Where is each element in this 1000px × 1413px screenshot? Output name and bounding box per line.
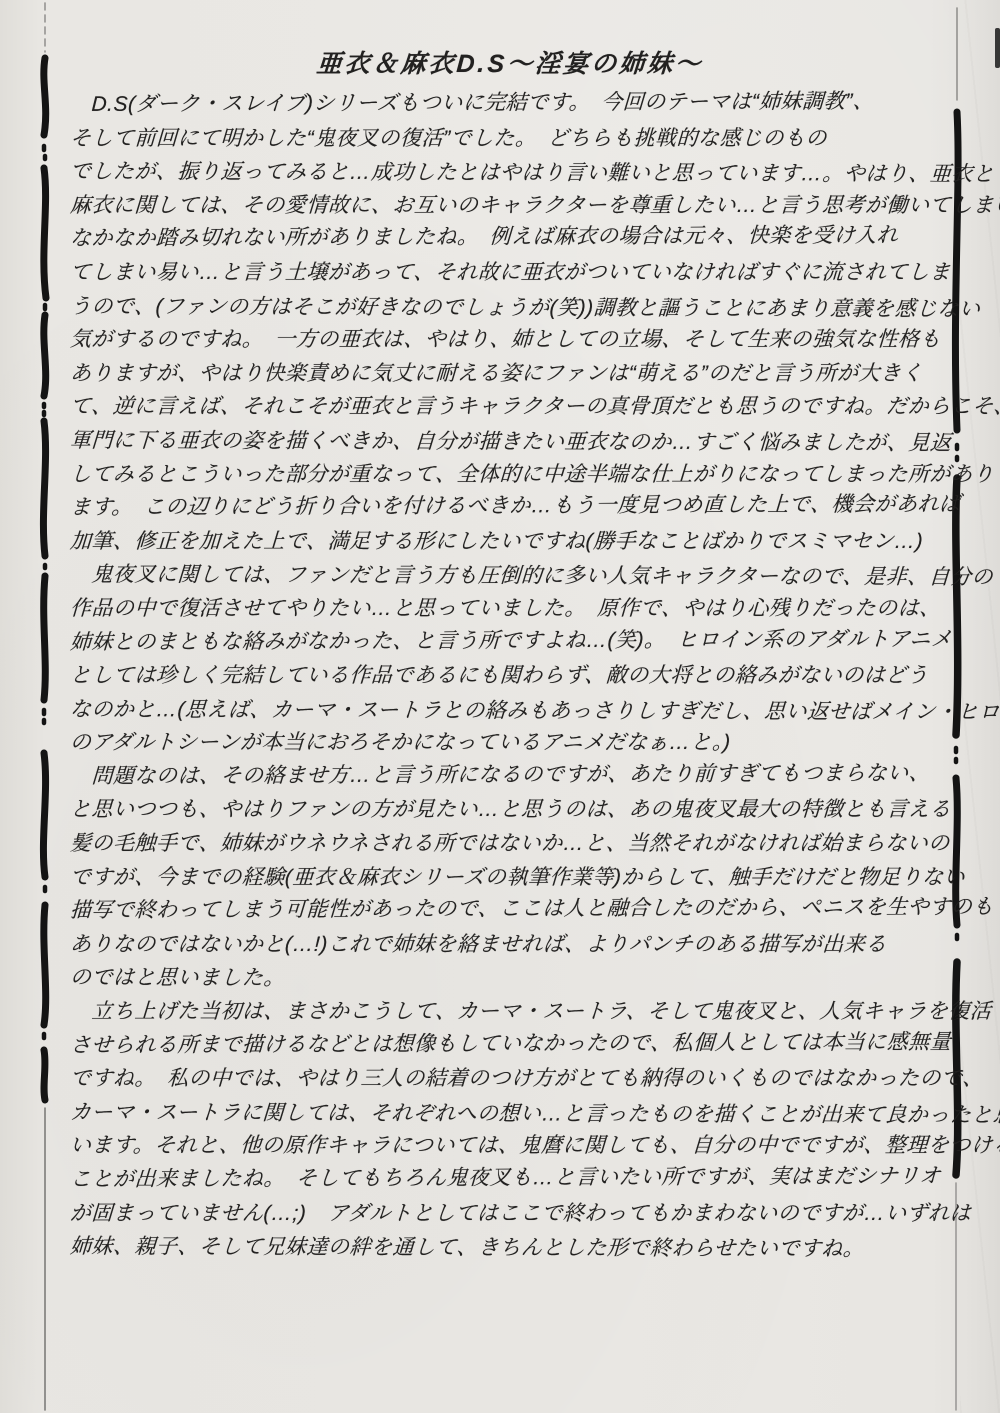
handwritten-line: てしまい易い…と言う土壌があって、それ故に亜衣がついていなければすぐに流されてし… [69,256,951,290]
handwritten-line: カーマ・スートラに関しては、それぞれへの想い…と言ったものを描くことが出来て良か… [69,1096,951,1132]
handwritten-line: 問題なのは、その絡ませ方…と言う所になるのですが、あたり前すぎてもつまらない、 [69,756,951,793]
handwritten-line: 気がするのですね。 一方の亜衣は、やはり、姉としての立場、そして生来の強気な性格… [69,323,951,357]
handwritten-line: 加筆、修正を加えた上で、満足する形にしたいですね(勝手なことばかりでスミマセン…… [69,525,951,559]
handwritten-line: と思いつつも、やはりファンの方が見たい…と思うのは、あの鬼夜叉最大の特徴とも言え… [69,793,951,827]
scanned-handwritten-page: 亜衣＆麻衣D.S〜淫宴の姉妹〜 D.S(ダーク・スレイブ)シリーズもついに完結で… [0,0,1000,1413]
handwritten-line: ですね。 私の中では、やはり三人の結着のつけ方がとても納得のいくものではなかった… [69,1062,950,1096]
page-title: 亜衣＆麻衣D.S〜淫宴の姉妹〜 [69,44,952,80]
handwritten-line: のアダルトシーンが本当におろそかになっているアニメだなぁ…と。) [69,726,951,760]
handwritten-line: ます。 この辺りにどう折り合いを付けるべきか…もう一度見つめ直した上で、機会があ… [69,488,951,525]
handwritten-line: でしたが、振り返ってみると…成功したとはやはり言い難いと思っています…。やはり、… [69,155,951,191]
handwritten-line: が固まっていません(…;) アダルトとしてはここで終わってもかまわないのですが…… [69,1197,951,1231]
handwritten-line: なかなか踏み切れない所がありましたね。 例えば麻衣の場合は元々、快楽を受け入れ [69,219,951,256]
handwritten-line: ことが出来ましたね。 そしてもちろん鬼夜叉も…と言いたい所ですが、実はまだシナリ… [69,1160,951,1197]
handwritten-line: ありますが、やはり快楽責めに気丈に耐える姿にファンは“萌える”のだと言う所が大き… [69,357,950,391]
handwritten-line: なのかと…(思えば、カーマ・スートラとの絡みもあっさりしすぎだし、思い返せばメイ… [69,693,951,729]
handwritten-line: させられる所まで描けるなどとは想像もしていなかったので、私個人としては本当に感無… [69,1025,951,1062]
handwritten-line: うので、(ファンの方はそこが好きなのでしょうが(笑))調教と謳うことにあまり意義… [69,290,951,326]
handwritten-line: D.S(ダーク・スレイブ)シリーズもついに完結です。 今回のテーマは“姉妹調教”… [69,85,951,122]
handwritten-line: そして前回にて明かした“鬼夜叉の復活”でした。 どちらも挑戦的な感じのもの [69,122,950,156]
handwritten-line: 姉妹、親子、そして兄妹達の絆を通して、きちんとした形で終わらせたいですね。 [69,1230,951,1266]
handwritten-line: としては珍しく完結している作品であるにも関わらず、敵の大将との絡みがないのはどう [69,659,951,693]
handwritten-line: 作品の中で復活させてやりたい…と思っていました。 原作で、やはり心残りだったのは… [69,592,950,626]
handwritten-line: 軍門に下る亜衣の姿を描くべきか、自分が描きたい亜衣なのか…すごく悩みましたが、見… [69,424,951,460]
handwritten-line: 鬼夜叉に関しては、ファンだと言う方も圧倒的に多い人気キャラクターなので、是非、自… [69,558,951,594]
handwritten-line: 麻衣に関しては、その愛情故に、お互いのキャラクターを尊重したい…と言う思考が働い… [69,189,951,223]
handwritten-line: のではと思いました。 [69,961,951,997]
handwritten-line: ですが、今までの経験(亜衣＆麻衣シリーズの執筆作業等)からして、触手だけだと物足… [69,861,951,895]
handwritten-line: 姉妹とのまともな絡みがなかった、と言う所ですよね…(笑)。 ヒロイン系のアダルト… [69,622,951,659]
handwritten-line: 髪の毛触手で、姉妹がウネウネされる所ではないか…と、当然それがなければ始まらない… [69,827,950,861]
handwritten-line: 描写で終わってしまう可能性があったので、ここは人と融合したのだから、ペニスを生や… [69,891,951,928]
handwritten-line: ありなのではないかと(…!)これで姉妹を絡ませれば、よりパンチのある描写が出来る [69,928,951,962]
handwritten-line: 立ち上げた当初は、まさかこうして、カーマ・スートラ、そして鬼夜叉と、人気キャラを… [69,995,951,1029]
afterword-body: D.S(ダーク・スレイブ)シリーズもついに完結です。 今回のテーマは“姉妹調教”… [70,88,950,1264]
left-binding-ink-mark [32,0,58,1413]
handwritten-line: います。それと、他の原作キャラについては、鬼麿に関しても、自分の中でですが、整理… [69,1129,951,1163]
handwritten-line: て、逆に言えば、それこそが亜衣と言うキャラクターの真骨頂だとも思うのですね。だか… [69,390,951,424]
scan-edge-artifact [995,28,1000,68]
handwritten-line: してみるとこういった部分が重なって、全体的に中途半端な仕上がりになってしまった所… [69,458,951,492]
